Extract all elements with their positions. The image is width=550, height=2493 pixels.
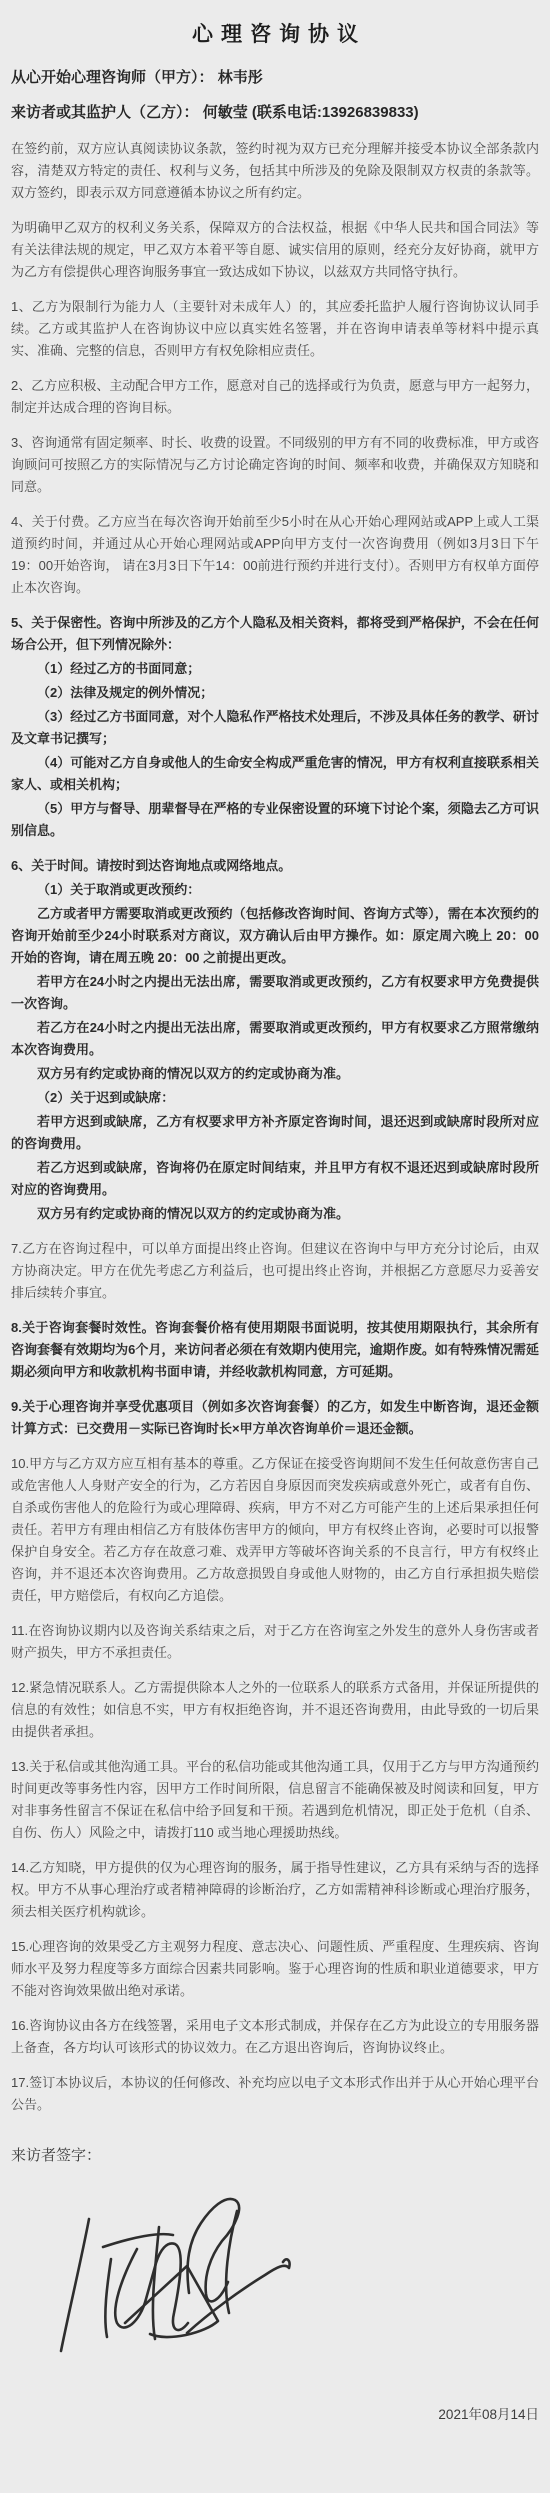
section-subitem: 若甲方在24小时之内提出无法出席，需要取消或更改预约，乙方有权要求甲方免费提供一… — [11, 971, 539, 1015]
signature-scribble — [37, 2171, 337, 2361]
agreement-section: 5、关于保密性。咨询中所涉及的乙方个人隐私及相关资料，都将受到严格保护，不会在任… — [11, 612, 539, 842]
agreement-section: 6、关于时间。请按时到达咨询地点或网络地点。（1）关于取消或更改预约：乙方或者甲… — [11, 855, 539, 1225]
party-a-line: 从心开始心理咨询师（甲方）： 林韦彤 — [11, 66, 539, 90]
agreement-paragraph: 7.乙方在咨询过程中，可以单方面提出终止咨询。但建议在咨询中与甲方充分讨论后，由… — [11, 1238, 539, 1304]
section-subitem: （2）法律及规定的例外情况； — [11, 682, 539, 704]
party-a-name: 林韦彤 — [218, 69, 263, 86]
agreement-body: 在签约前，双方应认真阅读协议条款，签约时视为双方已充分理解并接受本协议全部条款内… — [11, 138, 539, 2116]
agreement-paragraph: 8.关于咨询套餐时效性。咨询套餐价格有使用期限书面说明，按其使用期限执行，其余所… — [11, 1317, 539, 1383]
party-b-line: 来访者或其监护人（乙方）： 何敏莹 (联系电话:13926839833) — [11, 101, 539, 125]
agreement-paragraph: 为明确甲乙双方的权利义务关系，保障双方的合法权益，根据《中华人民共和国合同法》等… — [11, 217, 539, 283]
agreement-paragraph: 16.咨询协议由各方在线签署，采用电子文本形式制成，并保存在乙方为此设立的专用服… — [11, 2015, 539, 2059]
section-subitem: （5）甲方与督导、朋辈督导在严格的专业保密设置的环境下讨论个案，须隐去乙方可识别… — [11, 798, 539, 842]
section-subitem: 乙方或者甲方需要取消或更改预约（包括修改咨询时间、咨询方式等），需在本次预约的咨… — [11, 903, 539, 969]
agreement-paragraph: 10.甲方与乙方双方应互相有基本的尊重。乙方保证在接受咨询期间不发生任何故意伤害… — [11, 1453, 539, 1607]
section-lead: 6、关于时间。请按时到达咨询地点或网络地点。 — [11, 855, 539, 877]
agreement-paragraph: 1、乙方为限制行为能力人（主要针对未成年人）的，其应委托监护人履行咨询协议认同手… — [11, 296, 539, 362]
section-subitem: （4）可能对乙方自身或他人的生命安全构成严重危害的情况，甲方有权利直接联系相关家… — [11, 752, 539, 796]
signature-area — [37, 2171, 539, 2361]
agreement-paragraph: 11.在咨询协议期内以及咨询关系结束之后，对于乙方在咨询室之外发生的意外人身伤害… — [11, 1620, 539, 1664]
party-b-phone: (联系电话:13926839833) — [252, 104, 419, 121]
section-subitem: （1）经过乙方的书面同意； — [11, 658, 539, 680]
agreement-paragraph: 15.心理咨询的效果受乙方主观努力程度、意志决心、问题性质、严重程度、生理疾病、… — [11, 1936, 539, 2002]
section-lead: 5、关于保密性。咨询中所涉及的乙方个人隐私及相关资料，都将受到严格保护，不会在任… — [11, 612, 539, 656]
agreement-paragraph: 4、关于付费。乙方应当在每次咨询开始前至少5小时在从心开始心理网站或APP上或人… — [11, 511, 539, 599]
agreement-paragraph: 9.关于心理咨询并享受优惠项目（例如多次咨询套餐）的乙方，如发生中断咨询，退还金… — [11, 1396, 539, 1440]
agreement-document: 心理咨询协议 从心开始心理咨询师（甲方）： 林韦彤 来访者或其监护人（乙方）： … — [0, 0, 550, 2493]
agreement-paragraph: 2、乙方应积极、主动配合甲方工作，愿意对自己的选择或行为负责，愿意与甲方一起努力… — [11, 375, 539, 419]
agreement-paragraph: 17.签订本协议后，本协议的任何修改、补充均应以电子文本形式作出并于从心开始心理… — [11, 2072, 539, 2116]
agreement-paragraph: 在签约前，双方应认真阅读协议条款，签约时视为双方已充分理解并接受本协议全部条款内… — [11, 138, 539, 204]
section-subitem: 若甲方迟到或缺席，乙方有权要求甲方补齐原定咨询时间，退还迟到或缺席时段所对应的咨… — [11, 1111, 539, 1155]
agreement-page: { "title": "心理咨询协议", "parties": { "party… — [0, 0, 550, 2493]
section-subitem: 若乙方迟到或缺席，咨询将仍在原定时间结束，并且甲方有权不退还迟到或缺席时段所对应… — [11, 1157, 539, 1201]
party-a-label: 从心开始心理咨询师（甲方）： — [11, 69, 214, 86]
signature-date: 2021年08月14日 — [11, 2403, 539, 2423]
party-b-label: 来访者或其监护人（乙方）： — [11, 104, 199, 121]
section-subitem: 双方另有约定或协商的情况以双方的约定或协商为准。 — [11, 1203, 539, 1225]
section-subitem: 若乙方在24小时之内提出无法出席，需要取消或更改预约，甲方有权要求乙方照常缴纳本… — [11, 1017, 539, 1061]
agreement-paragraph: 14.乙方知晓，甲方提供的仅为心理咨询的服务，属于指导性建议，乙方具有采纳与否的… — [11, 1857, 539, 1923]
section-subitem: （2）关于迟到或缺席： — [11, 1087, 539, 1109]
section-subitem: 双方另有约定或协商的情况以双方的约定或协商为准。 — [11, 1063, 539, 1085]
agreement-paragraph: 3、咨询通常有固定频率、时长、收费的设置。不同级别的甲方有不同的收费标准，甲方或… — [11, 432, 539, 498]
section-subitem: （1）关于取消或更改预约： — [11, 879, 539, 901]
page-title: 心理咨询协议 — [19, 18, 539, 48]
agreement-paragraph: 12.紧急情况联系人。乙方需提供除本人之外的一位联系人的联系方式备用，并保证所提… — [11, 1677, 539, 1743]
signature-label: 来访者签字： — [11, 2144, 539, 2165]
party-b-name: 何敏莹 — [203, 104, 248, 121]
section-subitem: （3）经过乙方书面同意，对个人隐私作严格技术处理后，不涉及具体任务的教学、研讨及… — [11, 706, 539, 750]
agreement-paragraph: 13.关于私信或其他沟通工具。平台的私信功能或其他沟通工具，仅用于乙方与甲方沟通… — [11, 1756, 539, 1844]
